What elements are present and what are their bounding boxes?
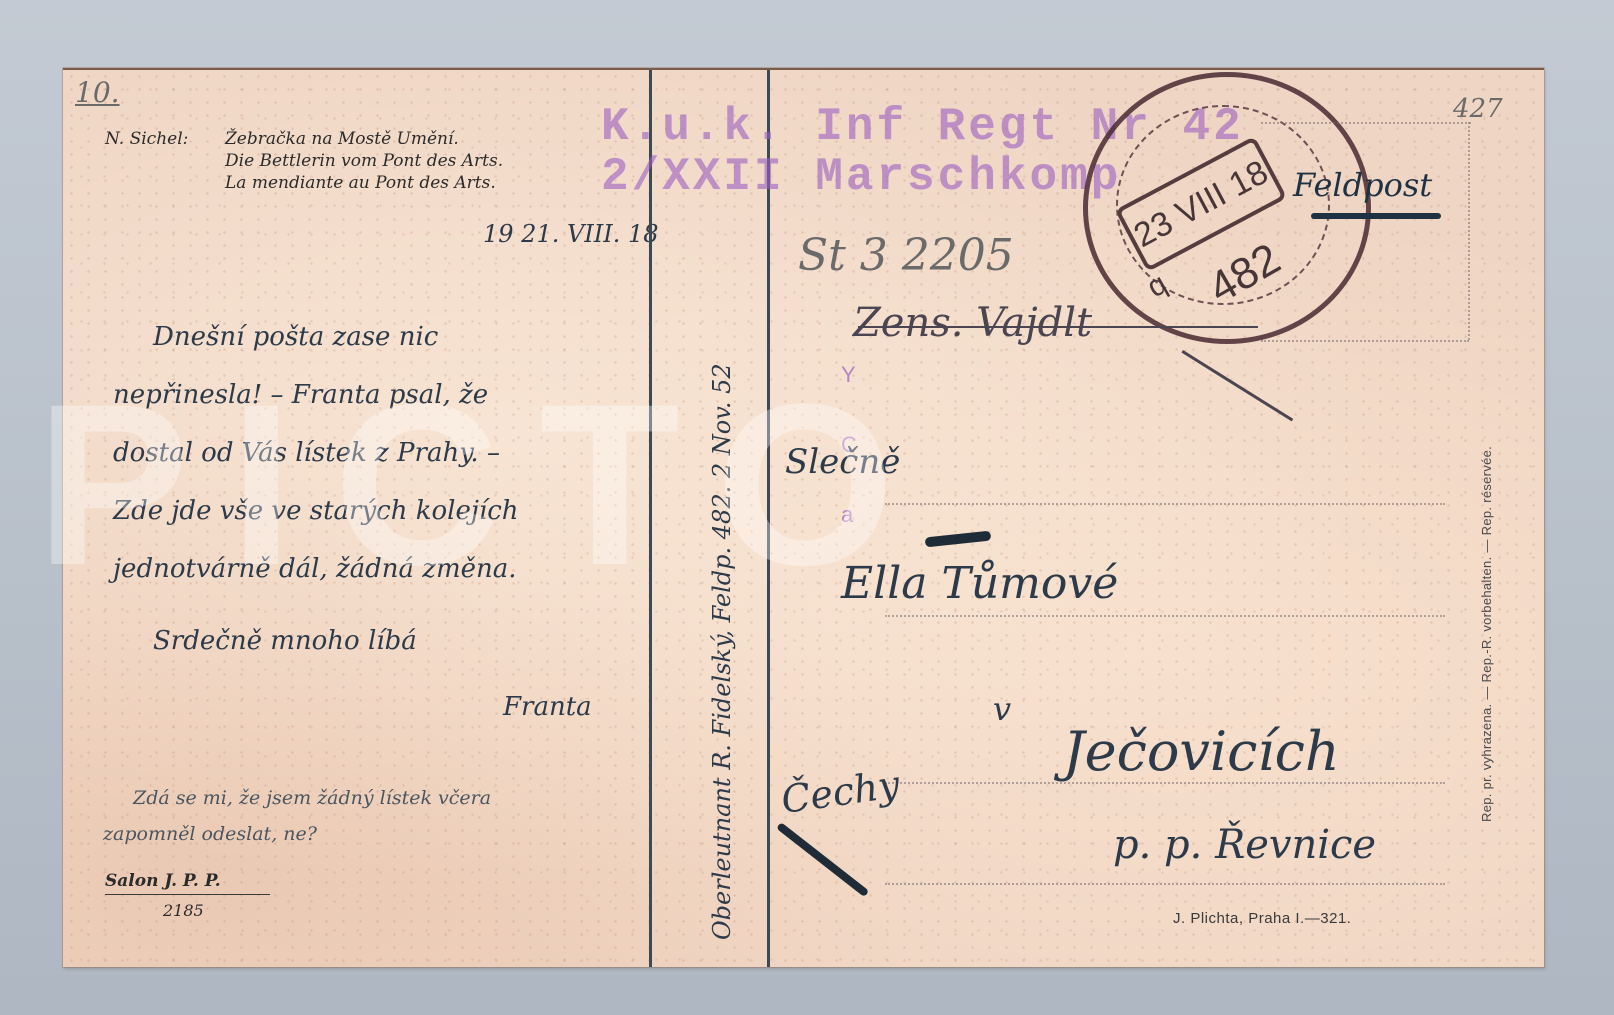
feldpost-label: Feldpost — [1293, 166, 1432, 204]
pencil-reference: 427 — [1453, 94, 1503, 124]
letter-line: dostal od Vás lístek z Prahy. – — [113, 424, 673, 482]
address-line-4 — [885, 883, 1445, 885]
stamp-box-top — [1261, 122, 1471, 124]
letter-line: Zde jde vše ve starých kolejích — [113, 482, 673, 540]
divider-left — [649, 70, 652, 967]
card-number: 2185 — [163, 900, 204, 922]
letter-body: Dnešní pošta zase nic nepřinesla! – Fran… — [113, 308, 673, 736]
feldpost-underline — [1311, 213, 1441, 219]
censor-stroke — [1181, 350, 1293, 421]
printer-imprint: J. Plichta, Praha I.—321. — [1173, 910, 1351, 927]
corner-note: 10. — [75, 76, 120, 109]
publisher: Salon J. P. P. — [105, 870, 270, 895]
recipient-salutation: Slečně — [785, 442, 900, 482]
stamp-box-bottom — [1261, 340, 1469, 342]
recipient-town: Ječovicích — [1063, 720, 1340, 783]
letter-line: nepřinesla! – Franta psal, že — [113, 366, 673, 424]
recipient-region: Čechy — [779, 762, 903, 822]
censor-number: St 3 2205 — [798, 230, 1014, 281]
title-german: Die Bettlerin vom Pont des Arts. — [225, 150, 503, 172]
sender-address: Oberleutnant R. Fidelský, Feldp. 482. 2 … — [708, 363, 736, 940]
letter-line: Srdečně mnoho líbá — [113, 612, 673, 670]
signature: Franta — [113, 678, 673, 736]
letter-line: jednotvárně dál, žádná změna. — [113, 540, 673, 598]
letter-line: Dnešní pošta zase nic — [113, 308, 673, 366]
artist-name: N. Sichel: — [105, 128, 225, 194]
address-line-1 — [885, 503, 1445, 505]
postscript-line: Zdá se mi, že jsem žádný lístek včera — [103, 780, 663, 816]
recipient-town-prefix: v — [993, 690, 1011, 728]
address-line-2 — [885, 615, 1445, 617]
artwork-caption: N. Sichel: Žebračka na Mostě Umění. Die … — [105, 128, 503, 194]
name-stroke — [925, 531, 992, 548]
stamp-box-right — [1468, 122, 1470, 340]
date-note: 19 21. VIII. 18 — [483, 220, 659, 248]
recipient-post-office: p. p. Řevnice — [1113, 822, 1376, 868]
postcard: 10. N. Sichel: Žebračka na Mostě Umění. … — [63, 68, 1544, 967]
recipient-name: Ella Tůmové — [841, 558, 1118, 609]
postscript-line: zapomněl odeslat, ne? — [103, 816, 663, 852]
rights-notice: Rep. pr. vyhrazena. — Rep.-R. vorbehalte… — [1479, 446, 1494, 822]
censor-strike — [858, 326, 1258, 328]
censor-signature: Zens. Vajdlt — [853, 300, 1092, 346]
divider-right — [767, 70, 770, 967]
region-underline — [776, 822, 869, 897]
postscript: Zdá se mi, že jsem žádný lístek včera za… — [103, 780, 663, 852]
title-czech: Žebračka na Mostě Umění. — [225, 128, 503, 150]
title-french: La mendiante au Pont des Arts. — [225, 172, 503, 194]
postmark: 23 VIII 18 482 b — [1083, 72, 1371, 344]
